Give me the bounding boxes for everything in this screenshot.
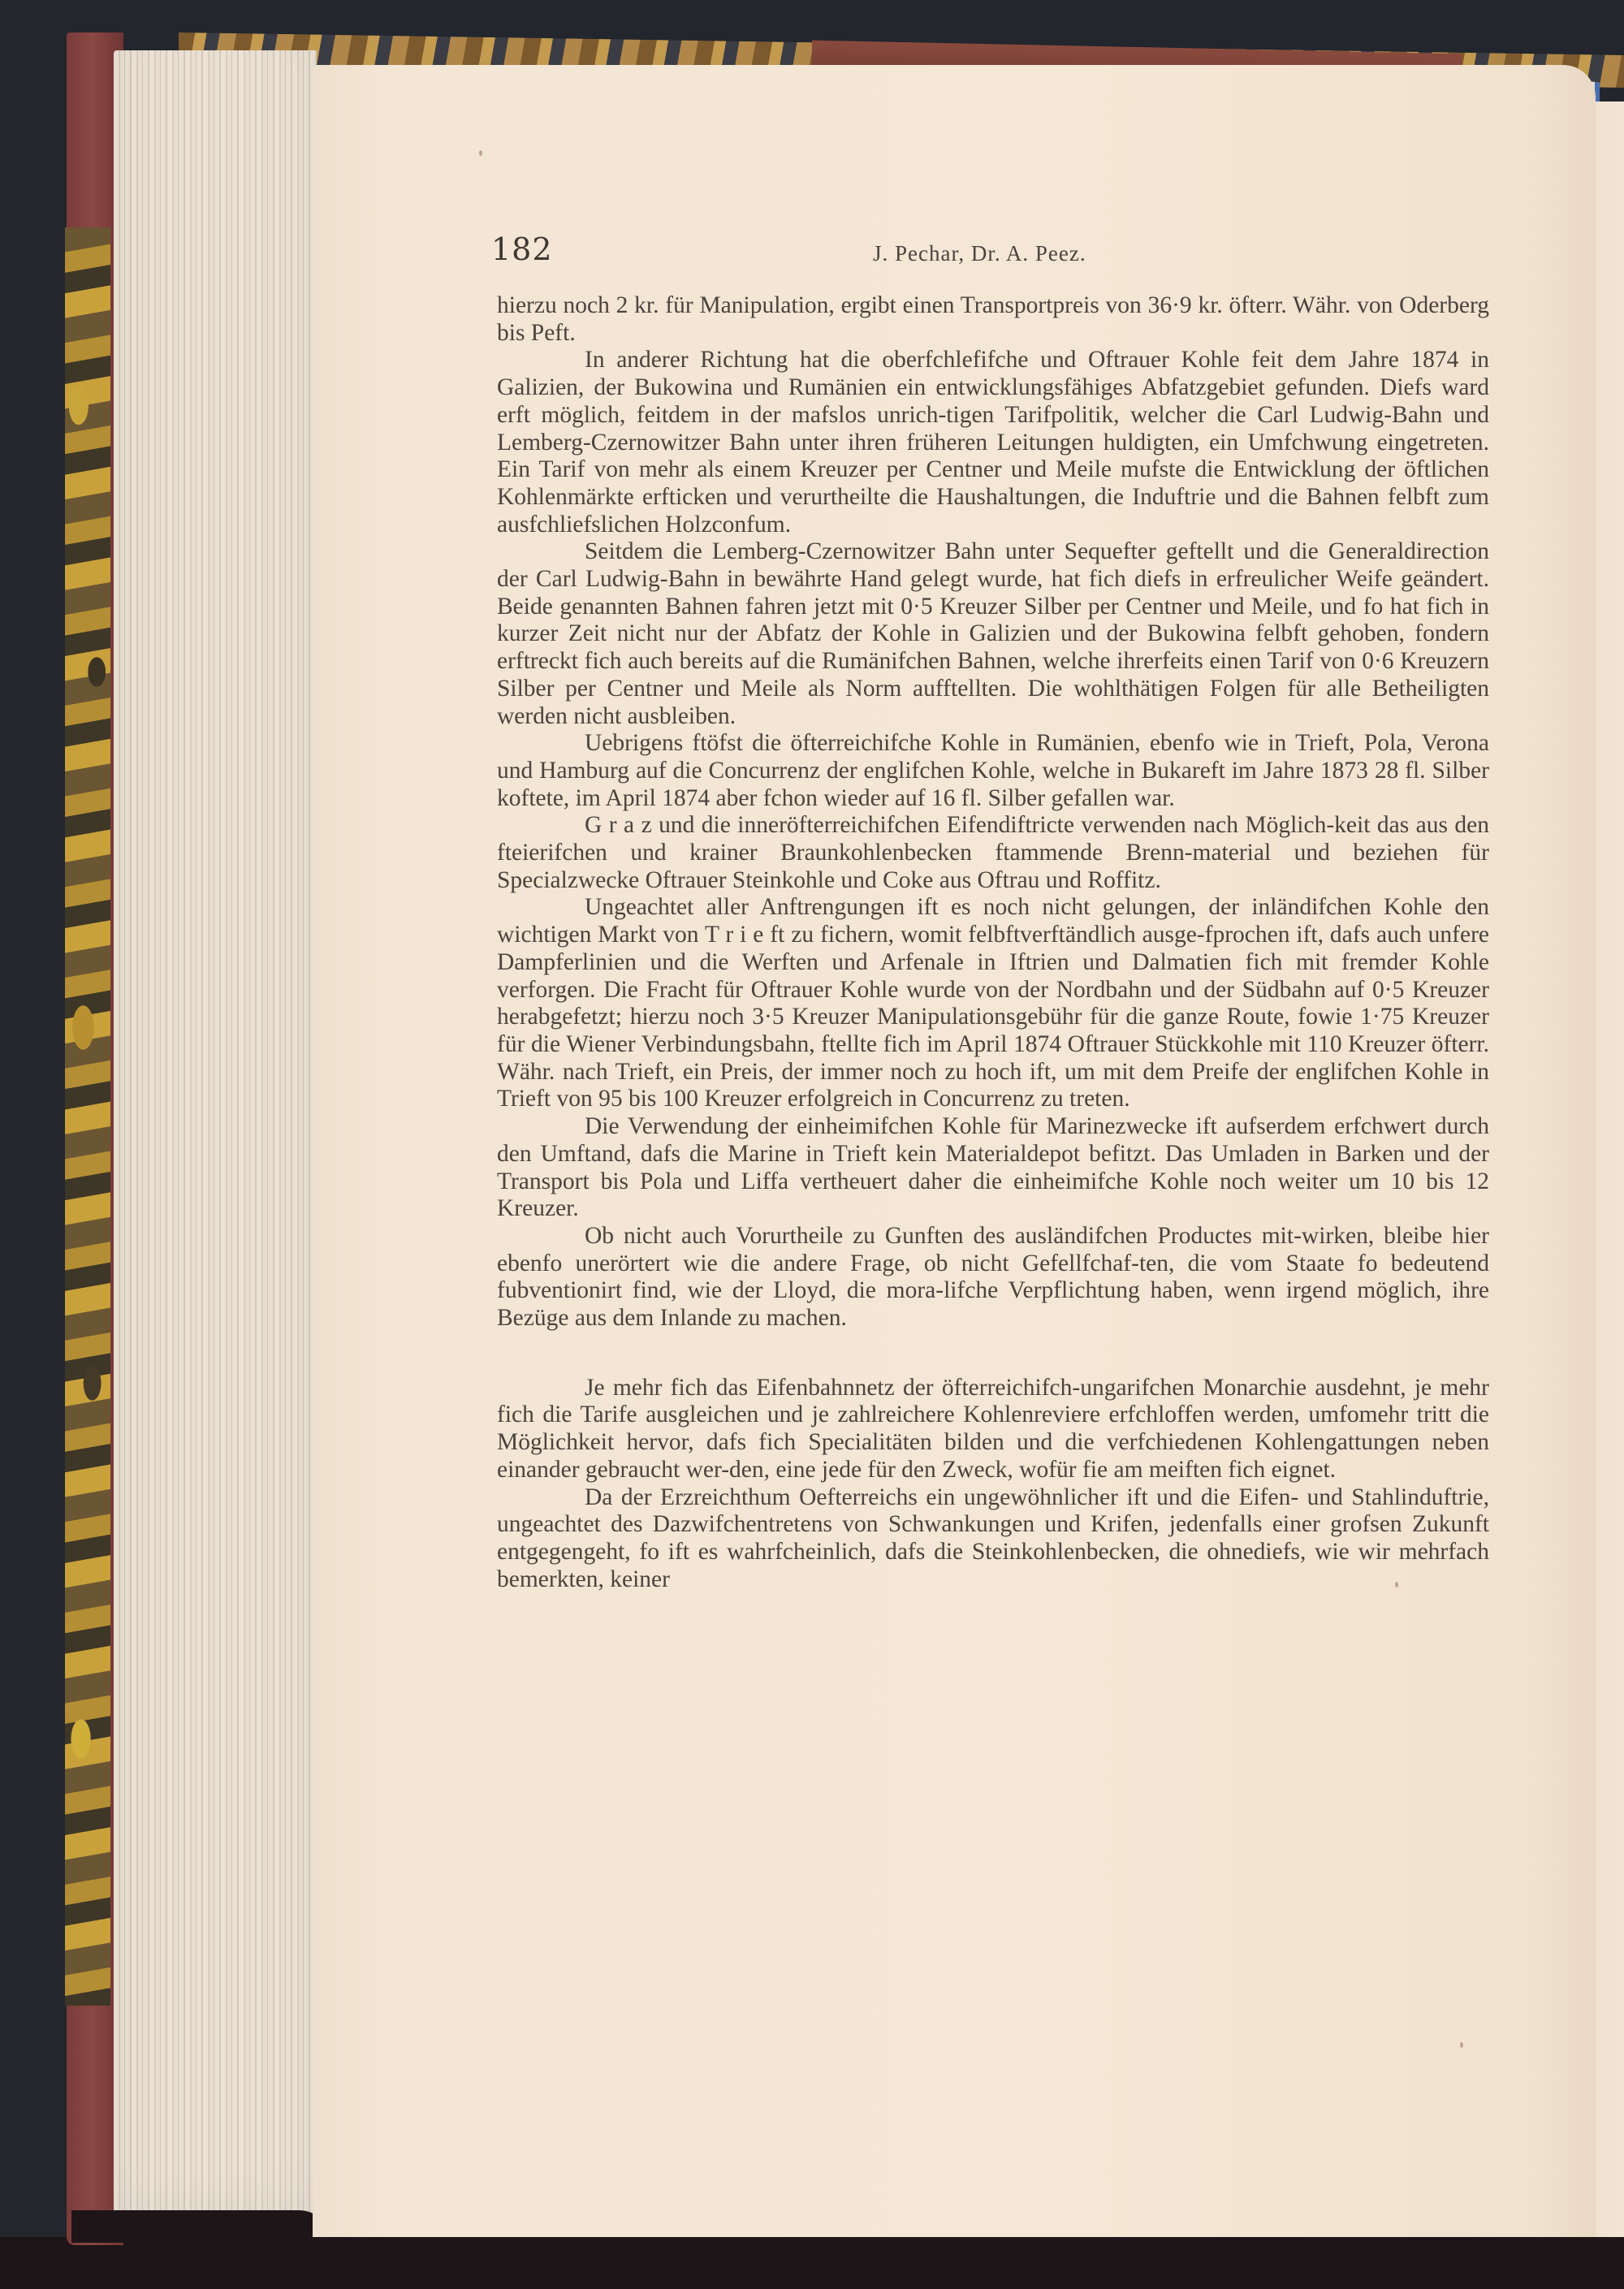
paragraph: Je mehr fich das Eifenbahnnetz der öfter… (497, 1375, 1489, 1484)
page-number: 182 (491, 231, 553, 267)
paragraph: Seitdem die Lemberg-Czernowitzer Bahn un… (497, 538, 1489, 730)
page-stack-shadow (71, 2210, 331, 2243)
paragraph: Uebrigens ftöfst die öfterreichifche Koh… (497, 730, 1489, 812)
body-text: hierzu noch 2 kr. für Manipulation, ergi… (497, 292, 1489, 1593)
paragraph: Ungeachtet aller Anftrengungen ift es no… (497, 894, 1489, 1113)
paper-spot (1460, 2042, 1463, 2048)
paragraph: In anderer Richtung hat die oberfchlefif… (497, 347, 1489, 538)
paragraph: Die Verwendung der einheimifchen Kohle f… (497, 1113, 1489, 1223)
backdrop (0, 2237, 1624, 2289)
paragraph: hierzu noch 2 kr. für Manipulation, ergi… (497, 292, 1489, 347)
running-head: 182 J. Pechar, Dr. A. Peez. (491, 231, 1490, 272)
page-stack-edges (114, 50, 317, 2243)
paper-spot (479, 150, 482, 156)
paragraph: G r a z und die inneröfterreichifchen Ei… (497, 812, 1489, 894)
paragraph: Da der Erzreichthum Oefterreichs ein ung… (497, 1484, 1489, 1594)
facing-page-edge (1592, 101, 1624, 2237)
book-cover-marbled-board (65, 227, 110, 2006)
paragraph: Ob nicht auch Vorurtheile zu Gunften des… (497, 1223, 1489, 1332)
running-title: J. Pechar, Dr. A. Peez. (873, 241, 1086, 266)
section-break (497, 1332, 1489, 1375)
